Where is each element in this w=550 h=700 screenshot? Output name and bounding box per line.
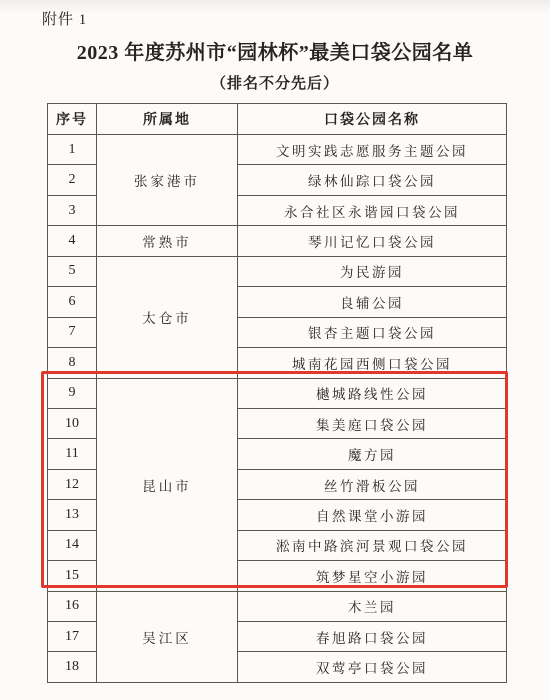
serial-number-cell: 5 [48, 256, 97, 286]
park-name-cell: 樾城路线性公园 [238, 378, 507, 408]
park-name-cell: 银杏主题口袋公园 [238, 317, 507, 347]
park-name-cell: 自然课堂小游园 [238, 500, 507, 530]
park-name-cell: 淞南中路滨河景观口袋公园 [238, 530, 507, 560]
serial-number-cell: 6 [48, 287, 97, 317]
park-table: 序号 所属地 口袋公园名称 1张家港市文明实践志愿服务主题公园2绿林仙踪口袋公园… [47, 103, 507, 683]
table-row: 1张家港市文明实践志愿服务主题公园 [48, 135, 507, 165]
document-page: 附件 1 2023 年度苏州市“园林杯”最美口袋公园名单 （排名不分先后） 序号… [0, 0, 550, 700]
park-name-cell: 文明实践志愿服务主题公园 [238, 135, 507, 165]
district-cell: 吴江区 [97, 591, 238, 682]
serial-number-cell: 10 [48, 408, 97, 438]
page-title: 2023 年度苏州市“园林杯”最美口袋公园名单 [0, 36, 550, 65]
park-name-cell: 双莺亭口袋公园 [238, 652, 507, 683]
park-name-cell: 良辅公园 [238, 287, 507, 317]
district-cell: 常熟市 [97, 226, 238, 256]
serial-number-cell: 17 [48, 622, 97, 652]
serial-number-cell: 3 [48, 195, 97, 225]
park-name-cell: 永合社区永谐园口袋公园 [238, 195, 507, 225]
park-name-cell: 丝竹滑板公园 [238, 469, 507, 499]
serial-number-cell: 9 [48, 378, 97, 408]
park-name-cell: 筑梦星空小游园 [238, 561, 507, 591]
serial-number-cell: 13 [48, 500, 97, 530]
serial-number-cell: 16 [48, 591, 97, 621]
park-name-cell: 魔方园 [238, 439, 507, 469]
serial-number-cell: 8 [48, 348, 97, 378]
park-name-cell: 木兰园 [238, 591, 507, 621]
header-park-name: 口袋公园名称 [238, 104, 507, 135]
header-district: 所属地 [97, 104, 238, 135]
district-cell: 昆山市 [97, 378, 238, 591]
table-header-row: 序号 所属地 口袋公园名称 [48, 104, 507, 135]
district-cell: 张家港市 [97, 135, 238, 226]
district-cell: 太仓市 [97, 256, 238, 378]
table-row: 5太仓市为民游园 [48, 256, 507, 286]
serial-number-cell: 15 [48, 561, 97, 591]
park-name-cell: 城南花园西侧口袋公园 [238, 348, 507, 378]
park-name-cell: 为民游园 [238, 256, 507, 286]
serial-number-cell: 7 [48, 317, 97, 347]
serial-number-cell: 2 [48, 165, 97, 195]
serial-number-cell: 11 [48, 439, 97, 469]
table-row: 9昆山市樾城路线性公园 [48, 378, 507, 408]
park-name-cell: 集美庭口袋公园 [238, 408, 507, 438]
table-header: 序号 所属地 口袋公园名称 [48, 104, 507, 135]
serial-number-cell: 4 [48, 226, 97, 256]
serial-number-cell: 1 [48, 135, 97, 165]
table-body: 1张家港市文明实践志愿服务主题公园2绿林仙踪口袋公园3永合社区永谐园口袋公园4常… [48, 135, 507, 683]
header-serial-number: 序号 [48, 104, 97, 135]
park-name-cell: 绿林仙踪口袋公园 [238, 165, 507, 195]
table-row: 16吴江区木兰园 [48, 591, 507, 621]
serial-number-cell: 18 [48, 652, 97, 683]
park-name-cell: 琴川记忆口袋公园 [238, 226, 507, 256]
table-row: 4常熟市琴川记忆口袋公园 [48, 226, 507, 256]
serial-number-cell: 14 [48, 530, 97, 560]
park-name-cell: 春旭路口袋公园 [238, 622, 507, 652]
serial-number-cell: 12 [48, 469, 97, 499]
attachment-label: 附件 1 [42, 8, 87, 29]
page-subtitle: （排名不分先后） [0, 72, 550, 93]
